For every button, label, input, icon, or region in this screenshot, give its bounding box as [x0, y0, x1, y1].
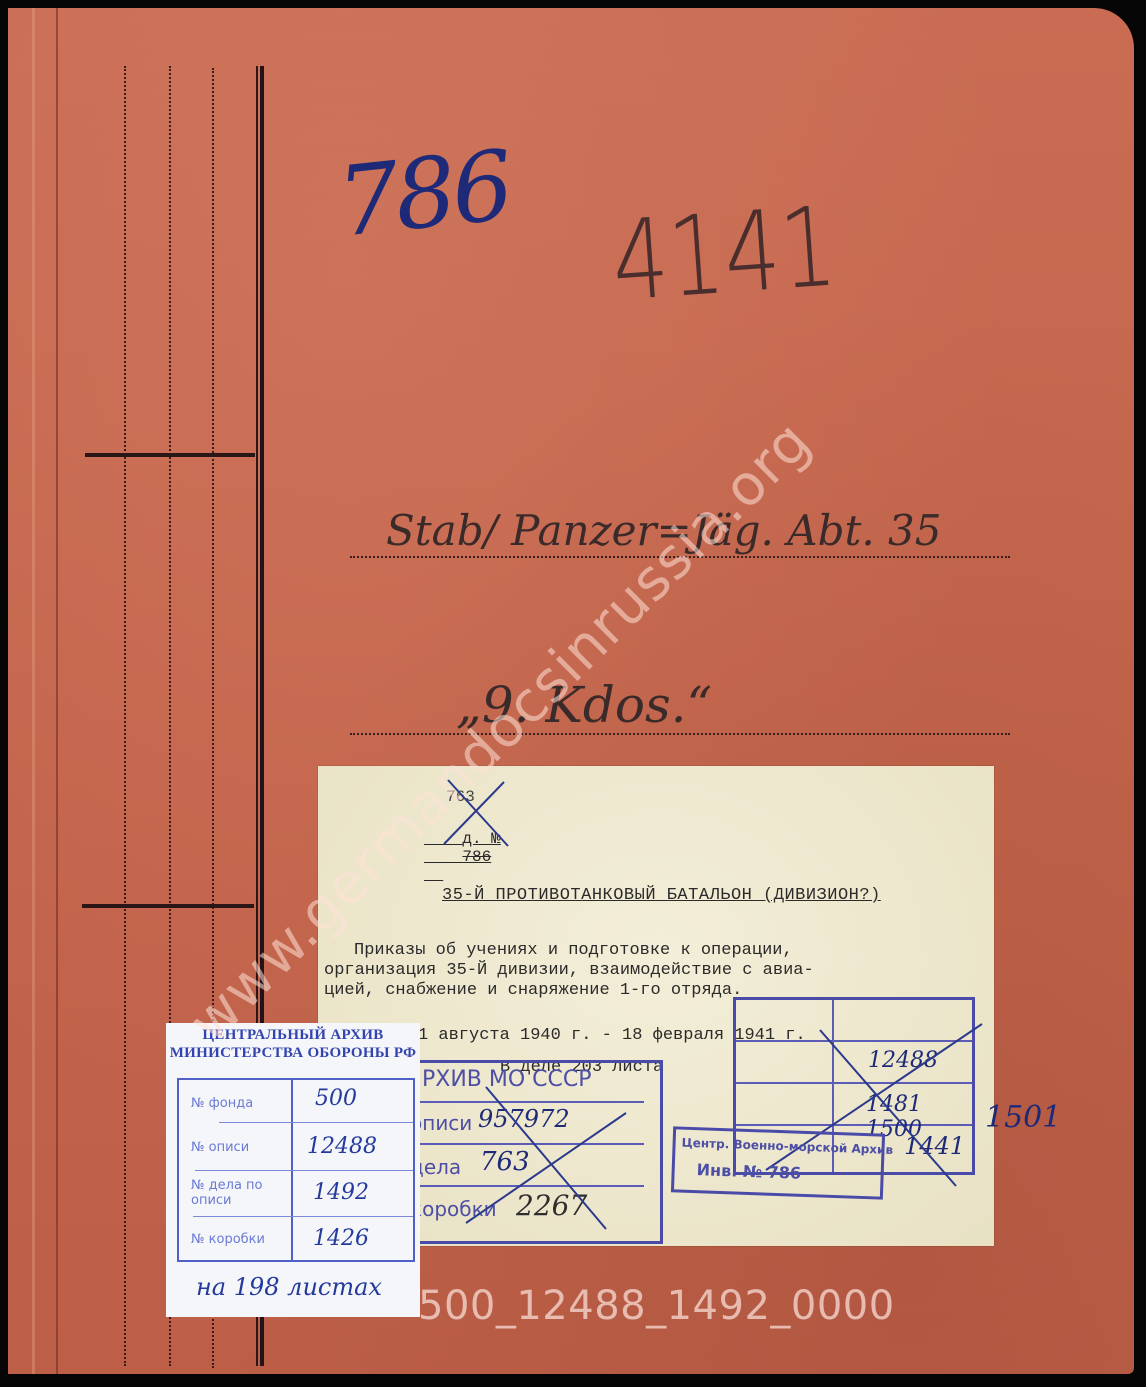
handwritten-pencil-number: 4141	[608, 182, 840, 325]
document-title: 35-Й ПРОТИВОТАНКОВЫЙ БАТАЛЬОН (ДИВИЗИОН?…	[442, 886, 881, 905]
card-table: № фонда 500 № описи 12488 № дела по опис…	[177, 1078, 415, 1262]
case-number-struck: 786	[462, 848, 491, 866]
card-value-fond: 500	[315, 1086, 357, 1111]
card-value-korobka: 1426	[313, 1226, 369, 1251]
stamp-line-1: Центр. Военно-морской Архив	[681, 1136, 893, 1157]
card-divider	[195, 1170, 413, 1171]
card-label-delo: № дела по описи	[191, 1178, 281, 1208]
cover-crossbar-line	[85, 453, 255, 457]
description-line-3: цией, снабжение и снаряжение 1-го отряда…	[324, 981, 742, 1000]
card-value-delo: 1492	[313, 1180, 369, 1205]
file-id-label: 500_12488_1492_0000	[418, 1283, 895, 1329]
stamp-line-2: Инв. № 786	[696, 1160, 801, 1183]
card-label-opis: № описи	[191, 1140, 249, 1155]
handwritten-file-number: 786	[333, 129, 515, 258]
central-archive-card: ЦЕНТРАЛЬНЫЙ АРХИВ МИНИСТЕРСТВА ОБОРОНЫ Р…	[166, 1023, 420, 1317]
stamp-archive-mo-ussr: РХИВ МО СССР описи 957972 дела 763 короб…	[396, 1060, 663, 1244]
spine-fold-highlight	[32, 8, 35, 1374]
card-value-opis: 12488	[307, 1134, 377, 1159]
card-label-korobka: № коробки	[191, 1232, 265, 1247]
cross-out-mark-icon	[456, 1083, 636, 1233]
description-line-2: организация 35-Й дивизии, взаимодействие…	[324, 961, 814, 980]
spine-fold-line	[56, 8, 58, 1374]
handwritten-1501: 1501	[985, 1100, 1061, 1135]
stamp-central-military-archive: Центр. Военно-морской Архив Инв. № 786	[671, 1126, 885, 1199]
card-title-line-2: МИНИСТЕРСТВА ОБОРОНЫ РФ	[166, 1045, 420, 1062]
card-divider	[219, 1122, 413, 1123]
description-line-1: Приказы об учениях и подготовке к операц…	[354, 941, 793, 960]
card-footer-sheets: на 198 листах	[196, 1273, 382, 1301]
card-divider	[193, 1216, 413, 1217]
cover-crossbar-line	[82, 904, 254, 908]
card-label-fond: № фонда	[191, 1096, 253, 1111]
cover-ruled-line	[124, 66, 126, 1366]
